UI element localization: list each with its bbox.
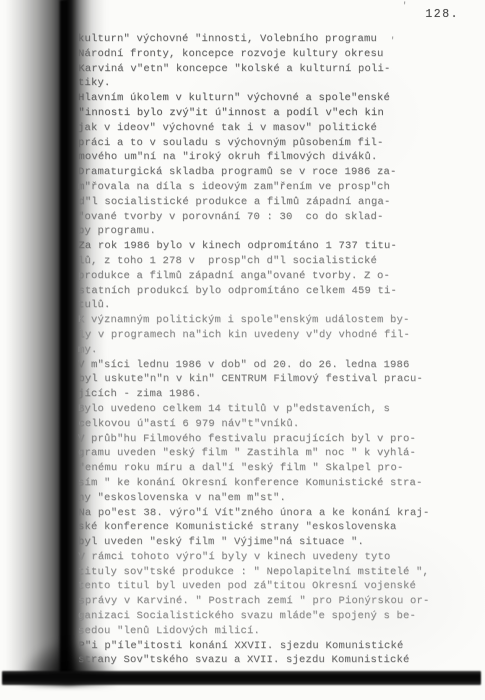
- scanned-document-page: 128. ' ' kulturn" výchovné "innosti, Vol…: [0, 0, 485, 700]
- text-line: sedou "lenů Lidových milicí.: [78, 624, 473, 639]
- text-line: jak v ideov" výchovné tak i v masov" pol…: [78, 121, 473, 136]
- text-line: celkovou ú"astí 6 979 náv"t"vníků.: [78, 417, 473, 432]
- text-line: byl uveden "eský film " Výjime"ná situac…: [78, 535, 473, 550]
- book-spine-fold-line: [60, 0, 68, 676]
- text-line: ganizaci Socialistického svazu mláde"e s…: [78, 609, 473, 624]
- text-line: tiky.: [78, 76, 473, 91]
- text-line: by programu.: [78, 224, 473, 239]
- text-line: kulturn" výchovné "innosti, Volebního pr…: [78, 32, 473, 47]
- text-line: práci a to v souladu s výchovným působen…: [78, 136, 473, 151]
- text-line: jících - zima 1986.: [78, 387, 473, 402]
- text-line: V rámci tohoto výro"í byly v kinech uved…: [78, 550, 473, 565]
- text-line: ské konference Komunistické strany "esko…: [78, 520, 473, 535]
- text-line: "enému roku míru a dal"í "eský film " Sk…: [78, 461, 473, 476]
- text-line: statních produkcí bylo odpromítáno celke…: [78, 284, 473, 299]
- text-line: mového um"ní na "iroký okruh filmových d…: [78, 150, 473, 165]
- text-line: ly v programech na"ich kin uvedeny v"dy …: [78, 328, 473, 343]
- text-line: produkce a filmů západní anga"ované tvor…: [78, 269, 473, 284]
- text-line: V průb"hu Filmového festivalu pracujícíc…: [78, 432, 473, 447]
- text-line: gramu uveden "eský film " Zastihla m" no…: [78, 446, 473, 461]
- text-line: "ované tvorby v porovnání 70 : 30 co do …: [78, 210, 473, 225]
- text-line: tituly sov"tské produkce : " Nepolapitel…: [78, 565, 473, 580]
- typewritten-text-block: kulturn" výchovné "innosti, Volebního pr…: [78, 32, 473, 668]
- text-line: správy v Karviné. " Postrach zemí " pro …: [78, 594, 473, 609]
- text-line: ny "eskoslovenska v na"em m"st".: [78, 491, 473, 506]
- text-line: P"i p"íle"itosti konání XXVII. sjezdu Ko…: [78, 639, 473, 654]
- text-line: "innosti bylo zvý"it ú"innost a podíl v"…: [78, 106, 473, 121]
- text-line: Národní fronty, koncepce rozvoje kultury…: [78, 47, 473, 62]
- text-line: lů, z toho 1 278 v prosp"ch d"l socialis…: [78, 254, 473, 269]
- text-line: d"l socialistické produkce a filmů západ…: [78, 195, 473, 210]
- text-line: Bylo uvedeno celkem 14 titulů v p"edstav…: [78, 402, 473, 417]
- page-bottom-edge-shadow: [2, 671, 481, 685]
- text-line: Dramaturgická skladba programů se v roce…: [78, 165, 473, 180]
- text-line: tulů.: [78, 298, 473, 313]
- text-line: V m"síci lednu 1986 v dob" od 20. do 26.…: [78, 358, 473, 373]
- text-line: K významným politickým i spole"enským ud…: [78, 313, 473, 328]
- text-line: my.: [78, 343, 473, 358]
- scan-speck: ': [402, 1, 407, 11]
- text-line: Hlavním úkolem v kulturn" výchovné a spo…: [78, 91, 473, 106]
- text-line: Za rok 1986 bylo v kinech odpromítáno 1 …: [78, 239, 473, 254]
- text-line: tento titul byl uveden pod zá"titou Okre…: [78, 579, 473, 594]
- text-line: sím " ke konání Okresní konference Komun…: [78, 476, 473, 491]
- page-number: 128.: [425, 8, 459, 21]
- text-line: strany Sov"tského svazu a XVII. sjezdu K…: [78, 653, 473, 668]
- text-line: byl uskute"n"n v kin" CENTRUM Filmový fe…: [78, 372, 473, 387]
- text-line: Na po"est 38. výro"í Vít"zného února a k…: [78, 506, 473, 521]
- text-line: m"řovala na díla s ideovým zam"řením ve …: [78, 180, 473, 195]
- text-line: Karviná v"etn" koncepce "kolské a kultur…: [78, 62, 473, 77]
